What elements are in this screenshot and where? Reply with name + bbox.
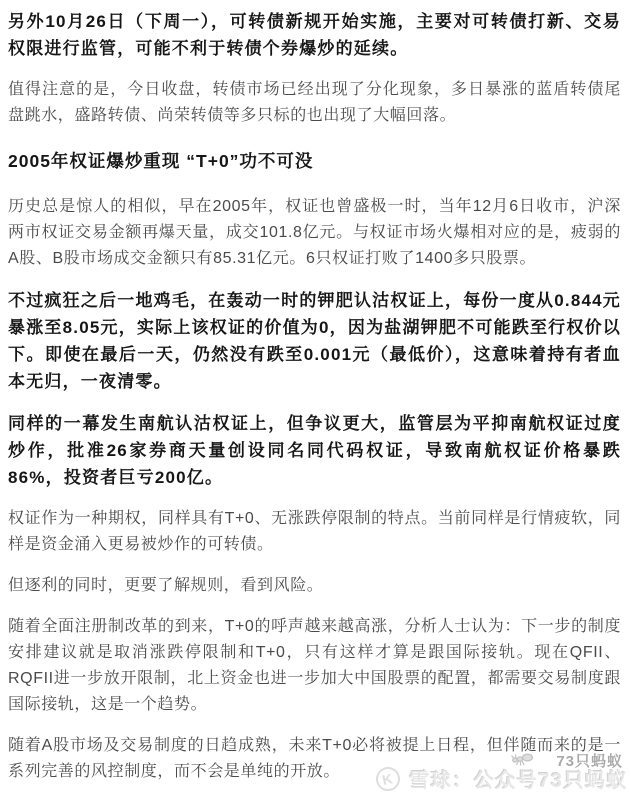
watermark-xueqiu-label: 雪球：公众号73只蚂蚁 [409,764,628,793]
paragraph-convertible-bond-new-rules: 另外10月26日（下周一），可转债新规开始实施，主要对可转债打新、交易权限进行监… [8,8,621,62]
paragraph-know-rules-see-risk: 但逐利的同时，更要了解规则，看到风险。 [8,573,621,599]
paragraph-warrant-t0-features: 权证作为一种期权，同样具有T+0、无涨跌停限制的特点。当前同样是行情疲软，同样是… [8,506,621,558]
xueqiu-snowball-logo-icon: K [374,764,402,792]
article-body: 另外10月26日（下周一），可转债新规开始实施，主要对可转债打新、交易权限进行监… [0,0,631,785]
paragraph-potash-put-warrant: 不过疯狂之后一地鸡毛，在轰动一时的钾肥认沽权证上，每份一度从0.844元暴涨至8… [8,287,621,395]
paragraph-2005-warrant-history: 历史总是惊人的相似，早在2005年，权证也曾盛极一时，当年12月6日收市，沪深两… [8,194,621,272]
paragraph-nanhang-put-warrant: 同样的一幕发生南航认沽权证上，但争议更大，监管层为平抑南航权证过度炒作，批准26… [8,410,621,491]
section-heading-2005-warrant-mania: 2005年权证爆炒重现 “T+0”功不可没 [8,148,621,175]
article-page: { "article": { "p1": "另外10月26日（下周一），可转债新… [0,0,631,795]
watermark-xueqiu: K 雪球：公众号73只蚂蚁 [376,764,628,793]
paragraph-market-divergence: 值得注意的是，今日收盘，转债市场已经出现了分化现象，多日暴涨的蓝盾转债尾盘跳水，… [8,77,621,129]
paragraph-registration-reform-t0: 随着全面注册制改革的到来，T+0的呼声越来越高涨，分析人士认为：下一步的制度安排… [8,614,621,718]
